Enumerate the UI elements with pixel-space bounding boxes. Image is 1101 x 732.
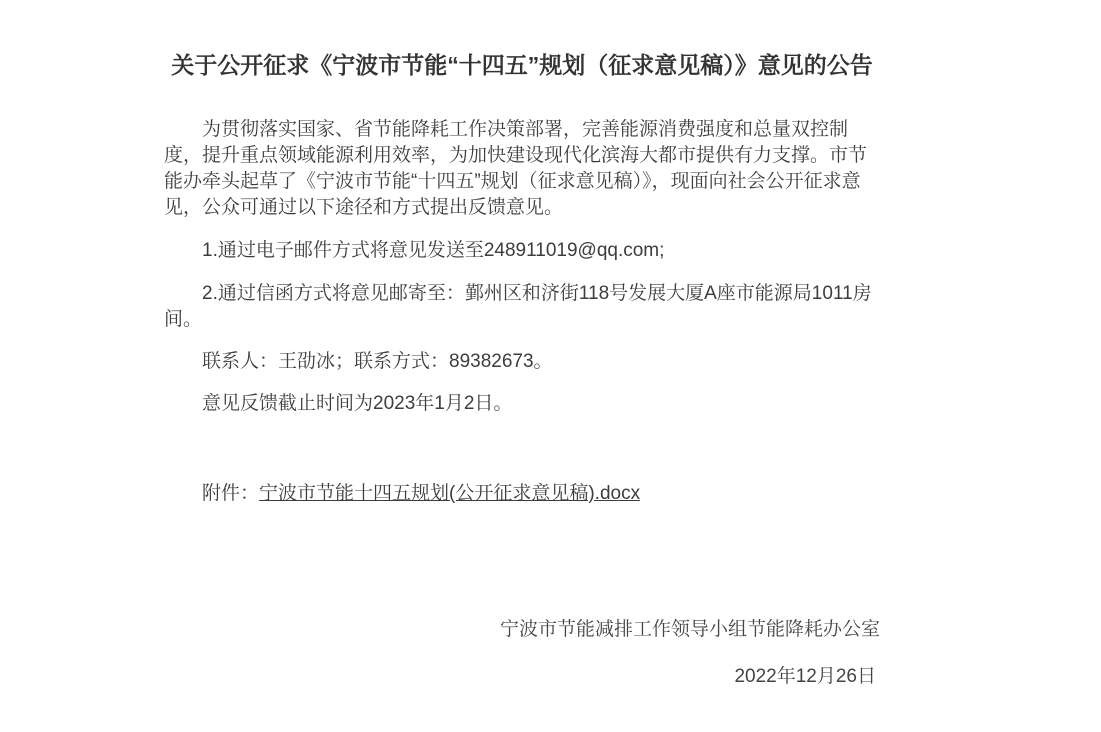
signature-date: 2022年12月26日 <box>164 664 880 690</box>
feedback-deadline: 意见反馈截止时间为2023年1月2日。 <box>164 391 880 417</box>
page-title: 关于公开征求《宁波市节能“十四五”规划（征求意见稿）》意见的公告 <box>164 48 880 83</box>
attachment-link[interactable]: 宁波市节能十四五规划(公开征求意见稿).docx <box>259 483 640 504</box>
contact-info: 联系人：王劭冰；联系方式：89382673。 <box>164 349 880 375</box>
intro-paragraph: 为贯彻落实国家、省节能降耗工作决策部署，完善能源消费强度和总量双控制度，提升重点… <box>164 117 880 221</box>
announcement-content: 关于公开征求《宁波市节能“十四五”规划（征求意见稿）》意见的公告 为贯彻落实国家… <box>164 0 880 690</box>
signature-block: 宁波市节能减排工作领导小组节能降耗办公室 2022年12月26日 <box>164 617 880 690</box>
attachment-label: 附件： <box>202 483 259 504</box>
signature-organization: 宁波市节能减排工作领导小组节能降耗办公室 <box>164 617 880 643</box>
feedback-method-mail: 2.通过信函方式将意见邮寄至：鄞州区和济街118号发展大厦A座市能源局1011房… <box>164 281 880 333</box>
attachment-row: 附件：宁波市节能十四五规划(公开征求意见稿).docx <box>164 481 880 507</box>
announcement-page: 关于公开征求《宁波市节能“十四五”规划（征求意见稿）》意见的公告 为贯彻落实国家… <box>0 0 1101 732</box>
feedback-method-email: 1.通过电子邮件方式将意见发送至248911019@qq.com; <box>164 238 880 264</box>
